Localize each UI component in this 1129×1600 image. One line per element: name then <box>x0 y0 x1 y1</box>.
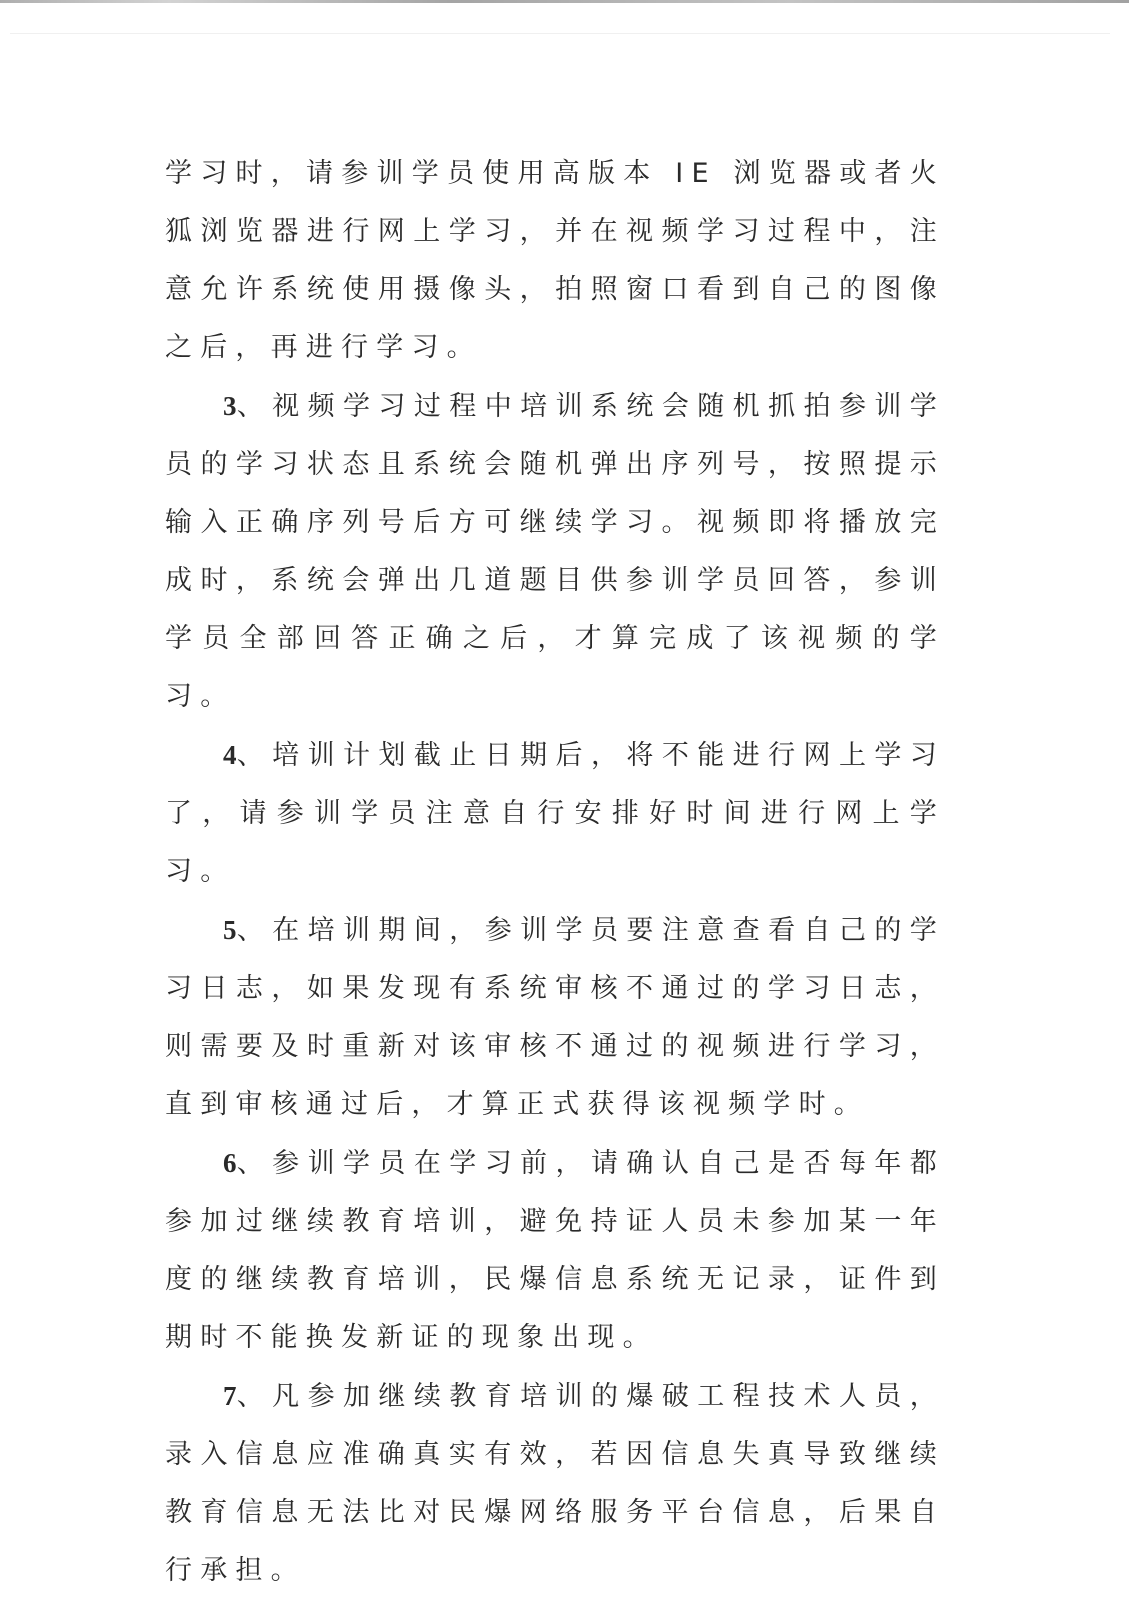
item-number: 7 <box>223 1381 237 1411</box>
item-number: 3 <box>223 391 237 421</box>
paragraph-item-6: 6、参训学员在学习前，请确认自己是否每年都参加过继续教育培训，避免持证人员未参加… <box>165 1134 945 1367</box>
paragraph-text: 、在培训期间，参训学员要注意查看自己的学习日志，如果发现有系统审核不通过的学习日… <box>165 915 945 1120</box>
paragraph-text: 、视频学习过程中培训系统会随机抓拍参训学员的学习状态且系统会随机弹出序列号，按照… <box>165 391 945 712</box>
paragraph-text: 、参训学员在学习前，请确认自己是否每年都参加过继续教育培训，避免持证人员未参加某… <box>165 1148 945 1353</box>
item-number: 6 <box>223 1148 237 1178</box>
paragraph-text: 、培训计划截止日期后，将不能进行网上学习了，请参训学员注意自行安排好时间进行网上… <box>165 740 945 887</box>
paragraph-item-5: 5、在培训期间，参训学员要注意查看自己的学习日志，如果发现有系统审核不通过的学习… <box>165 901 945 1134</box>
item-number: 5 <box>223 915 237 945</box>
paragraph-text: 、凡参加继续教育培训的爆破工程技术人员，录入信息应准确真实有效，若因信息失真导致… <box>165 1381 945 1586</box>
item-number: 4 <box>223 740 237 770</box>
paragraph-continuation: 学习时，请参训学员使用高版本 IE 浏览器或者火狐浏览器进行网上学习，并在视频学… <box>165 145 945 377</box>
paragraph-text: 学习时，请参训学员使用高版本 IE 浏览器或者火狐浏览器进行网上学习，并在视频学… <box>165 158 945 363</box>
paragraph-item-4: 4、培训计划截止日期后，将不能进行网上学习了，请参训学员注意自行安排好时间进行网… <box>165 726 945 901</box>
paragraph-item-3: 3、视频学习过程中培训系统会随机抓拍参训学员的学习状态且系统会随机弹出序列号，按… <box>165 377 945 726</box>
scan-artifact-line <box>10 33 1110 34</box>
document-body: 学习时，请参训学员使用高版本 IE 浏览器或者火狐浏览器进行网上学习，并在视频学… <box>165 145 945 1600</box>
paragraph-item-7: 7、凡参加继续教育培训的爆破工程技术人员，录入信息应准确真实有效，若因信息失真导… <box>165 1367 945 1600</box>
scan-top-edge <box>0 0 1129 3</box>
